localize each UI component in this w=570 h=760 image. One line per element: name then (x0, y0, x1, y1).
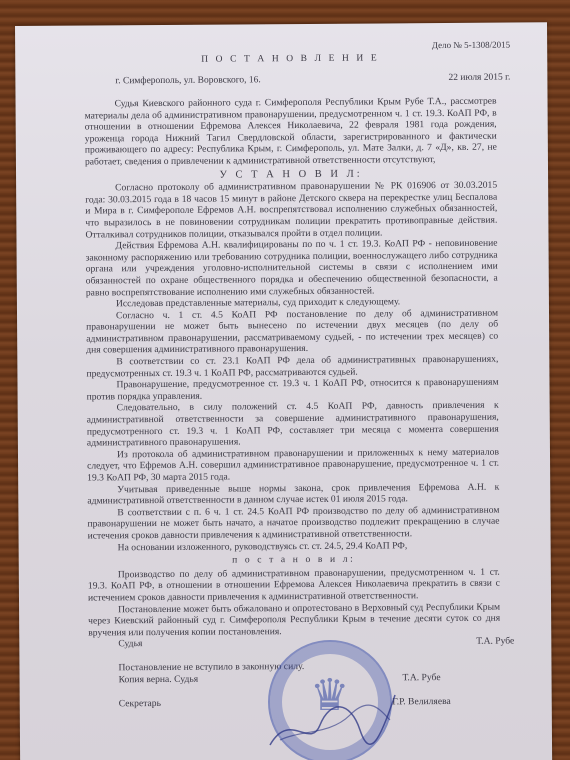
paragraph: Следовательно, в силу положений ст. 4.5 … (87, 400, 499, 449)
paragraph: В соответствии с п. 6 ч. 1 ст. 24.5 КоАП… (87, 504, 499, 542)
court-address: г. Симферополь, ул. Воровского, 16. (115, 75, 260, 88)
judge-label: Судья (118, 638, 142, 650)
intro-paragraph: Судья Киевского районного суда г. Симфер… (85, 96, 497, 168)
copy-label: Копия верна. Судья (119, 674, 199, 686)
document-sheet: Дело № 5-1308/2015 П О С Т А Н О В Л Е Н… (15, 22, 552, 760)
paragraph: Согласно ч. 1 ст. 4.5 КоАП РФ постановле… (86, 307, 498, 356)
document-date: 22 июля 2015 г. (448, 73, 510, 85)
copy-name: Т.А. Рубе (402, 672, 440, 684)
paragraph: Из протокола об административном правона… (87, 446, 499, 484)
document-body: Судья Киевского районного суда г. Симфер… (85, 96, 501, 711)
paragraph: Согласно протоколу об административном п… (85, 180, 497, 241)
document-content: Дело № 5-1308/2015 П О С Т А Н О В Л Е Н… (84, 23, 496, 26)
document-title: П О С Т А Н О В Л Е Н И Е (84, 53, 496, 67)
judge-name: Т.А. Рубе (476, 636, 514, 648)
paragraph: Действия Ефремова А.Н. квалифицированы п… (86, 238, 498, 299)
signature-scribble-icon (260, 690, 400, 750)
case-number: Дело № 5-1308/2015 (432, 40, 510, 52)
heading-resolved: п о с т а н о в и л: (88, 553, 500, 567)
secretary-label: Секретарь (119, 698, 161, 710)
appeal-paragraph: Постановление может быть обжаловано и оп… (88, 601, 500, 639)
paragraph: Учитывая приведенные выше нормы закона, … (87, 481, 499, 507)
paragraph: Правонарушение, предусмотренное ст. 19.3… (86, 377, 498, 403)
paragraph: В соответствии со ст. 23.1 КоАП РФ дела … (86, 354, 498, 380)
resolution-paragraph: Производство по делу об административном… (88, 566, 500, 604)
paragraph: На основании изложенного, руководствуясь… (88, 539, 500, 553)
secretary-name: Г.Р. Велиляева (392, 696, 451, 708)
